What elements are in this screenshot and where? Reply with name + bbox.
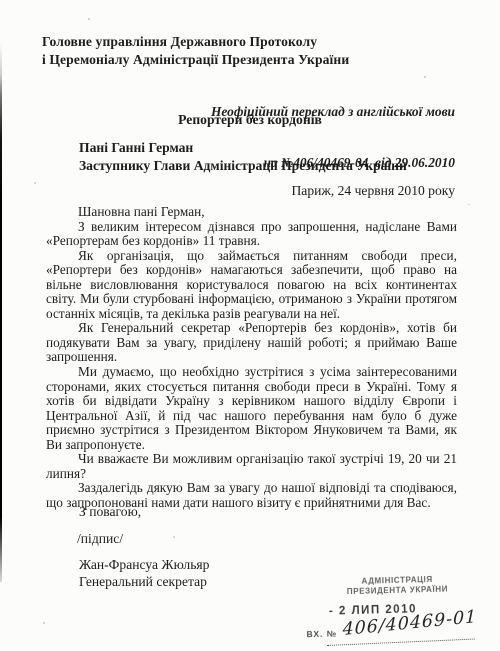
body-paragraph: Як організація, що займається питанням с… [46, 249, 457, 322]
closing-regards: З повагою, [79, 504, 141, 520]
sender-position: Генеральний секретар [79, 574, 207, 590]
scan-speck [468, 204, 470, 205]
stamp-dotted-line [327, 639, 475, 646]
body-paragraph: Як Генеральний секретар «Репортерів без … [46, 321, 457, 365]
recipient-block: Пані Ганні Герман Заступнику Глави Адмін… [79, 139, 407, 174]
scanned-letter-page: Головне управління Державного Протоколу … [0, 0, 500, 651]
body-paragraph: Ми думаємо, що необхідно зустрітися з ус… [46, 365, 457, 452]
scan-speck [43, 622, 45, 624]
stamp-reg-label: ВХ. № [306, 628, 337, 639]
sender-name: Жан-Франсуа Жюльяр [79, 557, 209, 573]
letter-body: Шановна пані Герман, З великим інтересом… [46, 205, 457, 510]
dateline: Париж, 24 червня 2010 року [291, 183, 455, 199]
scan-speck [88, 18, 90, 20]
body-paragraph: З великим інтересом дізнався про запроше… [46, 220, 457, 249]
letterhead: Головне управління Державного Протоколу … [42, 33, 349, 68]
body-paragraph: Чи вважаєте Ви можливим організацію тако… [46, 452, 457, 481]
letterhead-line2: і Церемоніалу Адміністрації Президента У… [42, 51, 349, 69]
letter-title: Репортери без кордонів [0, 112, 500, 128]
scan-speck [173, 536, 175, 538]
letterhead-line1: Головне управління Державного Протоколу [42, 33, 349, 51]
salutation: Шановна пані Герман, [46, 205, 457, 220]
recipient-position: Заступнику Глави Адміністрації Президент… [79, 157, 407, 175]
scan-speck [34, 182, 36, 184]
registration-stamp: АДМІНІСТРАЦІЯ ПРЕЗИДЕНТА УКРАЇНИ - 2 ЛИП… [295, 572, 487, 651]
recipient-name: Пані Ганні Герман [79, 139, 407, 157]
signature-placeholder: /підпис/ [77, 531, 123, 547]
stamp-organization: АДМІНІСТРАЦІЯ ПРЕЗИДЕНТА УКРАЇНИ [329, 574, 465, 597]
